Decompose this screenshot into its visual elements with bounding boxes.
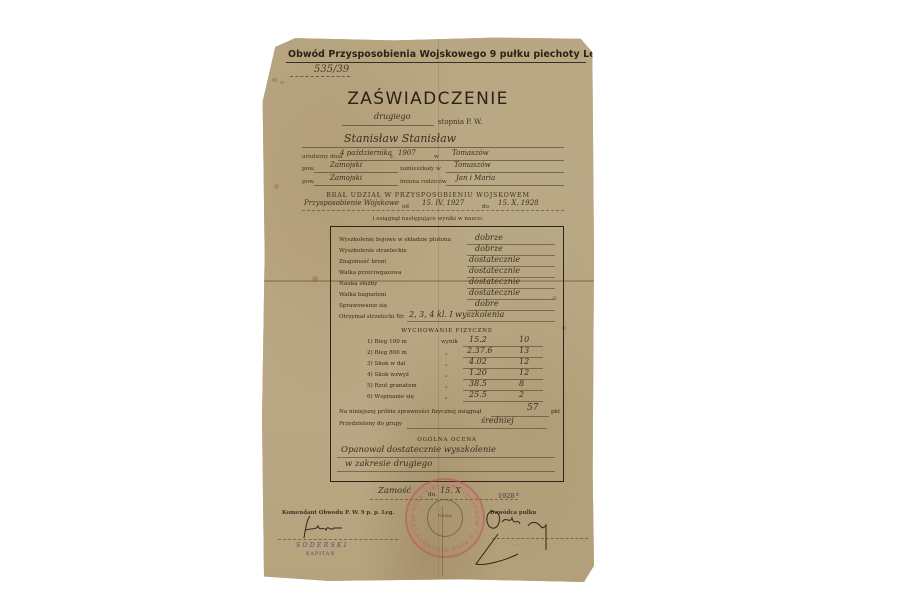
training-value-3: dostatecznie <box>469 266 520 275</box>
certificate-paper: Obwód Przysposobienia Wojskowego 9 pułku… <box>262 36 594 582</box>
birth-date: 4 października <box>340 149 392 157</box>
district-value: Zamojski <box>330 161 362 169</box>
training-label-5: Walka bagnetem <box>339 292 386 298</box>
pe-points: 12 <box>519 357 529 366</box>
results-intro: i osiągnął następujące wyniki w nauce: <box>262 216 594 222</box>
training-value-5: dostatecznie <box>469 288 520 297</box>
pe-points: 8 <box>519 379 524 388</box>
pe-result: 38.5 <box>469 379 487 388</box>
pe-label: Rzut granatem <box>375 383 417 389</box>
group-value: średniej <box>481 416 514 425</box>
pe-label: Bieg 800 m <box>375 350 407 356</box>
participation-rule <box>302 210 564 211</box>
year-suffix: r. <box>516 492 520 498</box>
name-rule <box>302 147 564 148</box>
rank-handwritten: drugiego <box>374 112 410 121</box>
stain <box>274 184 279 189</box>
results-box: Wyszkolenie bojowe w składzie plutonu do… <box>330 226 564 482</box>
group-label: Przydzielony do grupy <box>339 421 402 427</box>
residence-value: Tomaszów <box>454 161 491 169</box>
ditto: „ <box>445 372 448 378</box>
pe-points: 2 <box>519 390 524 399</box>
pe-rule <box>463 401 543 402</box>
pe-label: Skok wzwyż <box>375 372 409 378</box>
result-label: wynik <box>441 339 458 345</box>
training-value-7: 2, 3, 4 kl. I wyszkolenia <box>409 310 504 319</box>
overall-rule <box>337 471 555 472</box>
pe-points: 13 <box>519 346 529 355</box>
stain <box>272 78 277 82</box>
pe-label: Bieg 100 m <box>375 339 407 345</box>
ditto: „ <box>445 361 448 367</box>
reference-number: 535/39 <box>314 64 349 75</box>
residence-label: zamieszkały w <box>400 166 441 172</box>
training-rule <box>407 321 555 322</box>
fitness-test-label: Na niniejszej próbie sprawności fizyczne… <box>339 409 481 415</box>
training-label-1: Wyszkolenie strzeleckie <box>339 248 407 254</box>
stamp-crease <box>442 506 443 576</box>
pe-result: 4.02 <box>469 357 487 366</box>
ditto: „ <box>445 383 448 389</box>
training-value-2: dostatecznie <box>469 255 520 264</box>
training-label-0: Wyszkolenie bojowe w składzie plutonu <box>339 237 451 243</box>
pe-label: Wspinanie się <box>375 394 414 400</box>
pe-num: 3) <box>367 361 373 367</box>
training-label-4: Nauka służby <box>339 281 377 287</box>
born-label: urodzony dnia <box>302 154 342 160</box>
pe-num: 6) <box>367 394 373 400</box>
district2-rule <box>314 185 398 186</box>
holder-name: Stanisław Stanisław <box>344 132 456 145</box>
pe-num: 5) <box>367 383 373 389</box>
parents-rule <box>446 185 564 186</box>
training-value-6: dobre <box>475 299 499 308</box>
header-underline <box>286 62 586 63</box>
overall-rule <box>337 457 555 458</box>
pe-points: 10 <box>519 335 529 344</box>
commander-rank-stamp: KAPITAN <box>306 552 336 557</box>
fitness-points: 57 <box>527 403 538 413</box>
pe-num: 4) <box>367 372 373 378</box>
stain <box>312 276 318 282</box>
pe-result: 1.20 <box>469 368 487 377</box>
points-unit: pkt <box>551 409 560 415</box>
group-rule <box>407 428 547 429</box>
district-label: pow. <box>302 166 315 172</box>
document-title: ZAŚWIADCZENIE <box>262 89 594 109</box>
training-label-3: Walka przeciwgazowa <box>339 270 401 276</box>
training-value-1: dobrze <box>475 244 503 253</box>
commander-sign-rule <box>278 539 398 540</box>
physical-education-heading: WYCHOWANIE FIZYCZNE <box>331 328 563 334</box>
stamp-eagle-emblem: POLSKA <box>427 499 463 537</box>
stamp-center-text: POLSKA <box>428 514 462 518</box>
stain <box>280 81 284 84</box>
district2-label: pow. <box>302 179 315 185</box>
ditto: „ <box>445 394 448 400</box>
training-value-0: dobrze <box>475 233 503 242</box>
training-label-7: Otrzymał strzelecki Nr. <box>339 314 405 320</box>
pe-result: 2.37.6 <box>467 346 492 355</box>
district2-value: Zamojski <box>330 174 362 182</box>
issuing-authority-header: Obwód Przysposobienia Wojskowego 9 pułku… <box>288 49 606 60</box>
from-date: 15. IV. 1927 <box>422 199 464 207</box>
pe-result: 25.5 <box>469 390 487 399</box>
pe-points: 12 <box>519 368 529 377</box>
pe-num: 1) <box>367 339 373 345</box>
parents-label: imiona rodziców <box>400 179 447 185</box>
ditto: „ <box>445 350 448 356</box>
regiment-sign-rule <box>492 538 588 539</box>
pe-label: Skok w dal <box>375 361 406 367</box>
commander-name-stamp: SODERSKI <box>296 542 348 549</box>
pe-num: 2) <box>367 350 373 356</box>
participation-heading: BRAŁ UDZIAŁ W PRZYSPOSOBIENIU WOJSKOWEM <box>262 191 594 199</box>
rank-label: stopnia P. W. <box>438 118 482 126</box>
birth-rule <box>338 160 564 161</box>
faded-red-stamp: ▭▭▭ <box>512 542 552 562</box>
reference-line <box>290 76 350 77</box>
district-rule <box>314 172 398 173</box>
to-date: 15. X. 1928 <box>498 199 539 207</box>
birth-year: 1907 <box>398 149 416 157</box>
rank-rule <box>342 125 434 126</box>
pe-result: 15.2 <box>469 335 487 344</box>
overall-line-1: Opanował dostatecznie wyszkolenie <box>341 445 496 455</box>
training-value-4: dostatecznie <box>469 277 520 286</box>
training-label-2: Znajomość broni <box>339 259 386 265</box>
overall-line-2: w zakresie drugiego <box>345 459 432 469</box>
overall-heading: OGÓLNA OCENA <box>331 437 563 443</box>
residence-rule <box>446 172 564 173</box>
participation-unit: Przysposobienie Wojskowe <box>304 199 399 207</box>
training-label-6: Sprawowanie się <box>339 303 387 309</box>
birth-place: Tomaszów <box>452 149 489 157</box>
parents-value: Jan i Maria <box>456 174 495 182</box>
